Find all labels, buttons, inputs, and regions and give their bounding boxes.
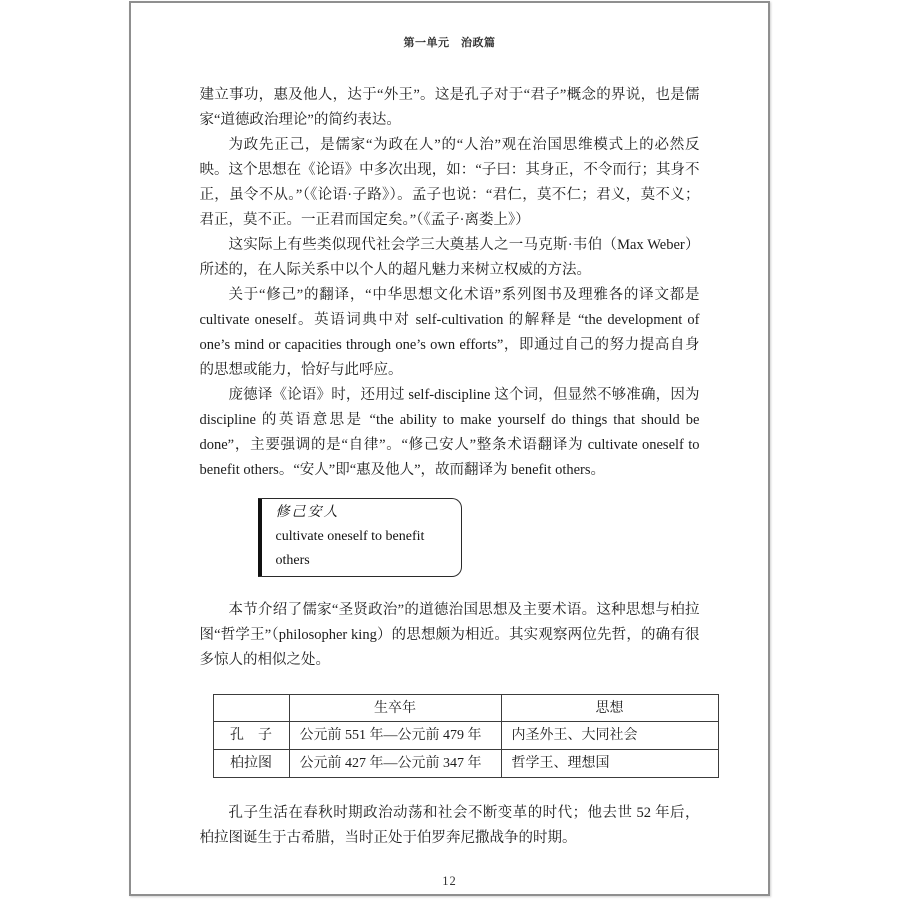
body-paragraph: 孔子生活在春秋时期政治动荡和社会不断变革的时代；他去世 52 年后，柏拉图诞生于… — [200, 801, 700, 851]
term-box: 修己安人 cultivate oneself to benefit others — [258, 498, 462, 577]
running-head: 第一单元 治政篇 — [131, 3, 768, 51]
body-paragraph: 本节介绍了儒家“圣贤政治”的道德治国思想及主要术语。这种思想与柏拉图“哲学王”（… — [200, 598, 700, 673]
body-paragraph: 庞德译《论语》时，还用过 self-discipline 这个词，但显然不够准确… — [200, 383, 700, 483]
table-header-birth-death: 生卒年 — [289, 695, 501, 722]
table-header-thought: 思想 — [501, 695, 718, 722]
body-paragraph: 这实际上有些类似现代社会学三大奠基人之一马克斯·韦伯（Max Weber）所述的… — [200, 233, 700, 283]
body-paragraph: 建立事功，惠及他人，达于“外王”。这是孔子对于“君子”概念的界说，也是儒家“道德… — [200, 83, 700, 133]
body-paragraph: 为政先正己，是儒家“为政在人”的“人治”观在治国思维模式上的必然反映。这个思想在… — [200, 133, 700, 233]
table-cell-thought: 哲学王、理想国 — [501, 750, 718, 778]
table-cell-name: 柏拉图 — [213, 750, 289, 778]
page-content: 建立事功，惠及他人，达于“外王”。这是孔子对于“君子”概念的界说，也是儒家“道德… — [200, 83, 700, 894]
comparison-table: 生卒年 思想 孔 子 公元前 551 年—公元前 479 年 内圣外王、大同社会… — [213, 694, 719, 778]
table-cell-name: 孔 子 — [213, 722, 289, 750]
book-page: 第一单元 治政篇 建立事功，惠及他人，达于“外王”。这是孔子对于“君子”概念的界… — [129, 1, 770, 896]
table-header-row: 生卒年 思想 — [213, 695, 718, 722]
table-header-empty — [213, 695, 289, 722]
table-cell-thought: 内圣外王、大同社会 — [501, 722, 718, 750]
table-cell-years: 公元前 551 年—公元前 479 年 — [289, 722, 501, 750]
body-paragraph: 关于“修己”的翻译，“中华思想文化术语”系列图书及理雅各的译文都是 cultiv… — [200, 283, 700, 383]
scan-background: 第一单元 治政篇 建立事功，惠及他人，达于“外王”。这是孔子对于“君子”概念的界… — [0, 0, 900, 900]
table-row: 柏拉图 公元前 427 年—公元前 347 年 哲学王、理想国 — [213, 750, 718, 778]
page-number: 12 — [200, 869, 700, 894]
term-box-term: 修己安人 — [276, 501, 449, 525]
term-box-translation: cultivate oneself to benefit others — [276, 525, 449, 573]
table-cell-years: 公元前 427 年—公元前 347 年 — [289, 750, 501, 778]
table-row: 孔 子 公元前 551 年—公元前 479 年 内圣外王、大同社会 — [213, 722, 718, 750]
